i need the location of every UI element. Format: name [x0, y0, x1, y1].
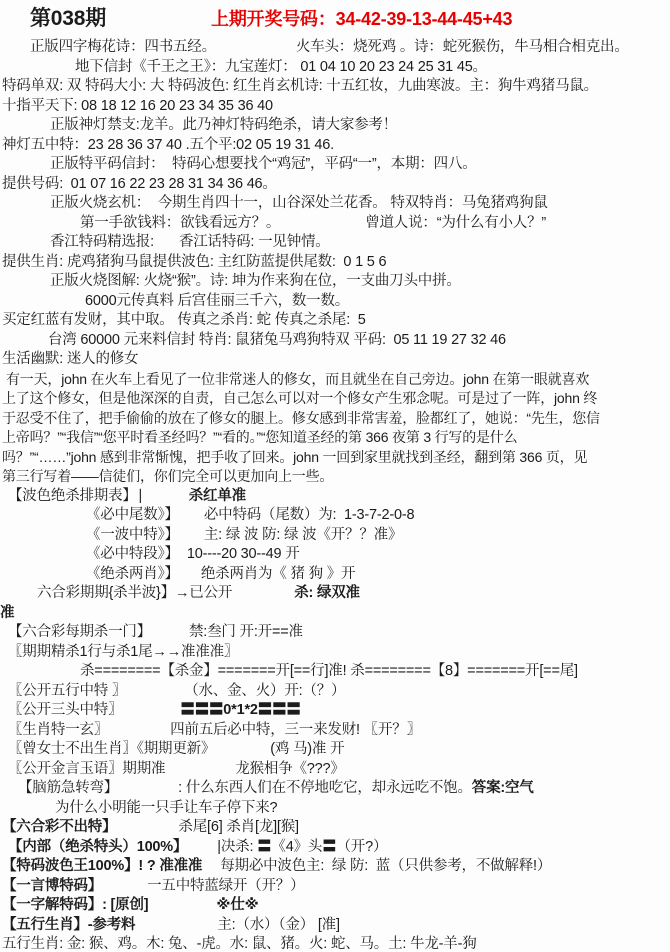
must-hit-tail-label: 《必中尾数》】	[86, 506, 179, 526]
must-hit-segment-value: 10----20 30--49 开	[187, 545, 300, 565]
one-wave-line: 《一波中特》】主: 绿 波 防: 绿 波《开？？准》	[0, 526, 670, 546]
kill-two-zodiac-line: 《绝杀两肖》】绝杀两肖为《 猪 狗 》开	[0, 565, 670, 585]
joke-line-6: 第三行写着——信徒们，你们完全可以更加向上一些。	[0, 467, 670, 487]
header-issue-draw: 第038期上期开奖号码：34-42-39-13-44-45+43	[0, 4, 670, 36]
kill-two-zodiac-value: 绝杀两肖为《 猪 狗 》开	[201, 565, 356, 585]
one-char-solve-label: 【一字解特码】: [原创]	[2, 896, 148, 916]
kill-one-gate-value: 禁:叁门 开:开==准	[189, 623, 303, 643]
joke-text: 第三行写着——信徒们，你们完全可以更加向上一些。	[2, 467, 333, 487]
money-hint: 第一手欲钱料：欲钱看远方？。	[80, 214, 280, 234]
five-element-label: 〖公开五行中特 〗	[8, 682, 126, 702]
brain-teaser-answer: 答案:空气	[472, 779, 534, 799]
no-special-value: 杀尾[6] 杀肖[龙][猴]	[178, 818, 298, 838]
brain-teaser-question: : 什么东西人们在不停地吃它，却永远吃不饱。	[178, 779, 472, 799]
joke-line-2: 上了这个修女，但是他深深的自责，自己怎么可以对一个修女产生邪念呢。可是过了一阵，…	[0, 389, 670, 409]
five-element-zodiac-ref-line: 【五行生肖】-参考料主:（水）（金） [准]	[0, 916, 670, 936]
joke-line-3: 于忍受不住了，把手偷偷的放在了修女的腿上。修女感到非常害羞，脸都红了，她说：“先…	[0, 409, 670, 429]
golden-words-line: 〖公开金言玉语〗期期准龙猴相争《???》	[0, 760, 670, 780]
five-element-zodiac-ref-label: 【五行生肖】-参考料	[2, 916, 135, 936]
must-hit-segment-line: 《必中特段》】10----20 30--49 开	[0, 545, 670, 565]
wave-kill-table-label: 【波色绝杀排期表】∣	[8, 487, 144, 507]
special-flat-envelope: 正版特平码信封： 特码心想要找个“鸡冠”，平码“一”，本期：四八。	[50, 155, 477, 175]
kill-two-zodiac-label: 《绝杀两肖》】	[86, 565, 179, 585]
madam-zeng-label: 〖曾女士不出生肖〗《期期更新》	[8, 740, 215, 760]
zodiac-mystery-label: 〖生肖特一玄〗	[8, 721, 108, 741]
kill-row-tail-title: 〖期期精杀1行与杀1尾→→准准准〗	[8, 643, 238, 663]
brain-teaser-label: 【脑筋急转弯】	[18, 779, 118, 799]
kill-row-tail-line: 〖期期精杀1行与杀1尾→→准准准〗	[0, 643, 670, 663]
joke-text: 于忍受不住了，把手偷偷的放在了修女的腿上。修女感到非常害羞，脸都红了，她说：“先…	[2, 409, 600, 429]
provided-zodiac-line: 提供生肖: 虎鸡猪狗马鼠提供波色: 主红防蓝提供尾数: 0 1 5 6	[0, 253, 670, 273]
lamp-five-line: 神灯五中特：23 28 36 37 40 .五个平:02 05 19 31 46…	[0, 136, 670, 156]
wave-kill-table-line: 【波色绝杀排期表】∣杀红单准	[0, 487, 670, 507]
brain-teaser-2: 为什么小明能一只手让车子停下来?	[55, 799, 277, 819]
brain-teaser-line: 【脑筋急转弯】: 什么东西人们在不停地吃它，却永远吃不饱。答案:空气	[0, 779, 670, 799]
fax-6000-line: 6000元传真料 后宫佳丽三千六，数一数。	[0, 292, 670, 312]
joke-line-1: 有一天，john 在火车上看见了一位非常迷人的修女，而且就坐在自己旁边。john…	[0, 370, 670, 390]
humor-title: 生活幽默: 迷人的修女	[2, 350, 138, 370]
joke-text: 上了这个修女，但是他深深的自责，自己怎么可以对一个修女产生邪念呢。可是过了一阵，…	[2, 389, 597, 409]
lamp-forbid: 正版神灯禁支:龙羊。此乃神灯特码绝杀，请大家参考！	[50, 116, 397, 136]
train-head: 火车头：烧死鸡 。诗：蛇死猴伤，牛马相合相克出。	[296, 38, 629, 58]
no-special-label: 【六合彩不出特】	[2, 818, 116, 838]
provided-numbers-line: 提供号码: 01 07 16 22 23 28 31 34 36 46。	[0, 175, 670, 195]
fax-kill: 买定红蓝有发财，其中取。 传真之杀肖: 蛇 传真之杀尾: 5	[2, 311, 366, 331]
internal-kill-head-label: 【内部（绝杀特头）100%】	[8, 838, 187, 858]
ten-fingers-numbers: 十指平天下: 08 18 12 16 20 23 34 35 36 40	[2, 97, 273, 117]
zeng-says: 曾道人说：“为什么有小人？”	[365, 214, 546, 234]
no-special-line: 【六合彩不出特】杀尾[6] 杀肖[龙][猴]	[0, 818, 670, 838]
brain-teaser-2-line: 为什么小明能一只手让车子停下来?	[0, 799, 670, 819]
accurate-line: 准	[0, 604, 670, 624]
kill-one-gate-line: 【六合彩每期杀一门】禁:叁门 开:开==准	[0, 623, 670, 643]
joke-text: 有一天，john 在火车上看见了一位非常迷人的修女，而且就坐在自己旁边。john…	[6, 370, 589, 390]
golden-words-value: 龙猴相争《???》	[235, 760, 344, 780]
one-char-solve-value: ※仕※	[216, 896, 258, 916]
madam-zeng-line: 〖曾女士不出生肖〗《期期更新》(鸡 马)准 开	[0, 740, 670, 760]
kill-one-gate-label: 【六合彩每期杀一门】	[8, 623, 151, 643]
fire-diagram: 正版火烧图解: 火烧“猴”。诗: 坤为作来狗在位，一支曲刀头中拼。	[50, 272, 461, 292]
kill-gold-line: 杀========【杀金】=======开[==行]准! 杀========【8…	[0, 662, 670, 682]
joke-line-5: 吗？”“……”john 感到非常惭愧，把手收了回来。john 一回到家里就找到圣…	[0, 448, 670, 468]
fire-diagram-line: 正版火烧图解: 火烧“猴”。诗: 坤为作来狗在位，一支曲刀头中拼。	[0, 272, 670, 292]
five-element-zodiac-map-line: 五行生肖: 金: 猴、鸡。木: 兔、-虎。水: 鼠、猪。火: 蛇、马。土: 牛龙…	[0, 935, 670, 952]
five-element-zodiac-map: 五行生肖: 金: 猴、鸡。木: 兔、-虎。水: 鼠、猪。火: 蛇、马。土: 牛龙…	[2, 935, 477, 952]
one-wave-label: 《一波中特》】	[86, 526, 179, 546]
five-element-line: 〖公开五行中特 〗（水、金、火）开:（？）	[0, 682, 670, 702]
underground-envelope-line: 地下信封《千王之王》：九宝莲灯： 01 04 10 20 23 24 25 31…	[0, 58, 670, 78]
special-flat-envelope-line: 正版特平码信封： 特码心想要找个“鸡冠”，平码“一”，本期：四八。	[0, 155, 670, 175]
joke-text: 吗？”“……”john 感到非常惭愧，把手收了回来。john 一回到家里就找到圣…	[2, 448, 587, 468]
money-hint-line: 第一手欲钱料：欲钱看远方？。曾道人说：“为什么有小人？”	[0, 214, 670, 234]
wave-king-line: 【特码波色王100%】! ? 准准准每期必中波色主: 绿 防: 蓝（只供参考，不…	[0, 857, 670, 877]
fire-mystery-line: 正版火烧玄机： 今期生肖四十一，山谷深处兰花香。 特双特肖：马兔猪鸡狗鼠	[0, 194, 670, 214]
kill-gold-value: 杀========【杀金】=======开[==行]准! 杀========【8…	[80, 662, 578, 682]
joke-line-4: 上帝吗？”“我信”“您平时看圣经吗？”“看的。”“您知道圣经的第 366 夜第 …	[0, 428, 670, 448]
ten-fingers-line: 十指平天下: 08 18 12 16 20 23 34 35 36 40	[0, 97, 670, 117]
kill-half-wave-label: 六合彩期期{杀半波}】→已公开	[37, 584, 232, 604]
one-char-solve-line: 【一字解特码】: [原创]※仕※	[0, 896, 670, 916]
fax-kill-line: 买定红蓝有发财，其中取。 传真之杀肖: 蛇 传真之杀尾: 5	[0, 311, 670, 331]
one-wave-value: 主: 绿 波 防: 绿 波《开？？准》	[204, 526, 402, 546]
hongkong-report: 香江特码精选报:	[50, 233, 154, 253]
accurate-word: 准	[0, 604, 14, 624]
kill-half-wave-value: 杀: 绿双准	[294, 584, 360, 604]
lottery-tip-sheet: 第038期上期开奖号码：34-42-39-13-44-45+43正版四字梅花诗：…	[0, 0, 670, 952]
hongkong-report-line: 香江特码精选报:香江话特码: 一见钟情。	[0, 233, 670, 253]
internal-kill-head-value: |决杀: 〓《4》头〓（开?）	[217, 838, 387, 858]
humor-title-line: 生活幽默: 迷人的修女	[0, 350, 670, 370]
one-word-bet-label: 【一言博特码】	[2, 877, 102, 897]
zodiac-mystery-value: 四前五后必中特，三一来发财! 〖开？〗	[170, 721, 421, 741]
must-hit-tail-value: 必中特码（尾数）为: 1-3-7-2-0-8	[204, 506, 415, 526]
joke-text: 上帝吗？”“我信”“您平时看圣经吗？”“看的。”“您知道圣经的第 366 夜第 …	[2, 428, 517, 448]
five-element-zodiac-ref-value: 主:（水）（金） [准]	[217, 916, 339, 936]
taiwan-envelope: 台湾 60000 元来料信封 特肖: 鼠猪兔马鸡狗特双 平码: 05 11 19…	[48, 331, 506, 351]
madam-zeng-value: (鸡 马)准 开	[270, 740, 344, 760]
odd-even-line: 特码单双: 双 特码大小: 大 特码波色: 红生肖玄机诗: 十五红妆，九曲寒波。…	[0, 77, 670, 97]
fire-mystery: 正版火烧玄机： 今期生肖四十一，山谷深处兰花香。 特双特肖：马兔猪鸡狗鼠	[50, 194, 548, 214]
last-draw-numbers: 上期开奖号码：34-42-39-13-44-45+43	[211, 4, 512, 34]
hongkong-phrase: 香江话特码: 一见钟情。	[179, 233, 330, 253]
wave-king-value: 每期必中波色主: 绿 防: 蓝（只供参考，不做解释!）	[220, 857, 551, 877]
one-word-bet-value: 一五中特蓝绿开（开？）	[147, 877, 304, 897]
zodiac-mystery-line: 〖生肖特一玄〗四前五后必中特，三一来发财! 〖开？〗	[0, 721, 670, 741]
kill-half-wave-line: 六合彩期期{杀半波}】→已公开杀: 绿双准	[0, 584, 670, 604]
provided-zodiac: 提供生肖: 虎鸡猪狗马鼠提供波色: 主红防蓝提供尾数: 0 1 5 6	[2, 253, 386, 273]
three-head-line: 〖公开三头中特〗〓〓〓0*1*2〓〓〓	[0, 701, 670, 721]
plum-poem: 正版四字梅花诗：四书五经。	[30, 38, 216, 58]
plum-poem-line: 正版四字梅花诗：四书五经。火车头：烧死鸡 。诗：蛇死猴伤，牛马相合相克出。	[0, 38, 670, 58]
kill-red-odd: 杀红单准	[189, 487, 246, 507]
envelope-numbers: 地下信封《千王之王》：九宝莲灯： 01 04 10 20 23 24 25 31…	[75, 58, 487, 78]
golden-words-label: 〖公开金言玉语〗期期准	[8, 760, 165, 780]
must-hit-tail-line: 《必中尾数》】必中特码（尾数）为: 1-3-7-2-0-8	[0, 506, 670, 526]
fax-6000: 6000元传真料 后宫佳丽三千六，数一数。	[85, 292, 349, 312]
odd-even-size-wave: 特码单双: 双 特码大小: 大 特码波色: 红生肖玄机诗: 十五红妆，九曲寒波。…	[2, 77, 598, 97]
taiwan-envelope-line: 台湾 60000 元来料信封 特肖: 鼠猪兔马鸡狗特双 平码: 05 11 19…	[0, 331, 670, 351]
lamp-five-numbers: 神灯五中特：23 28 36 37 40 .五个平:02 05 19 31 46…	[2, 136, 334, 156]
issue-number: 第038期	[30, 4, 106, 34]
one-word-bet-line: 【一言博特码】一五中特蓝绿开（开？）	[0, 877, 670, 897]
internal-kill-head-line: 【内部（绝杀特头）100%】|决杀: 〓《4》头〓（开?）	[0, 838, 670, 858]
three-head-label: 〖公开三头中特〗	[8, 701, 122, 721]
lamp-forbid-line: 正版神灯禁支:龙羊。此乃神灯特码绝杀，请大家参考！	[0, 116, 670, 136]
wave-king-label: 【特码波色王100%】! ? 准准准	[2, 857, 202, 877]
three-head-value: 〓〓〓0*1*2〓〓〓	[180, 701, 300, 721]
five-element-value: （水、金、火）开:（？）	[184, 682, 345, 702]
provided-numbers: 提供号码: 01 07 16 22 23 28 31 34 36 46。	[2, 175, 277, 195]
must-hit-segment-label: 《必中特段》】	[86, 545, 179, 565]
